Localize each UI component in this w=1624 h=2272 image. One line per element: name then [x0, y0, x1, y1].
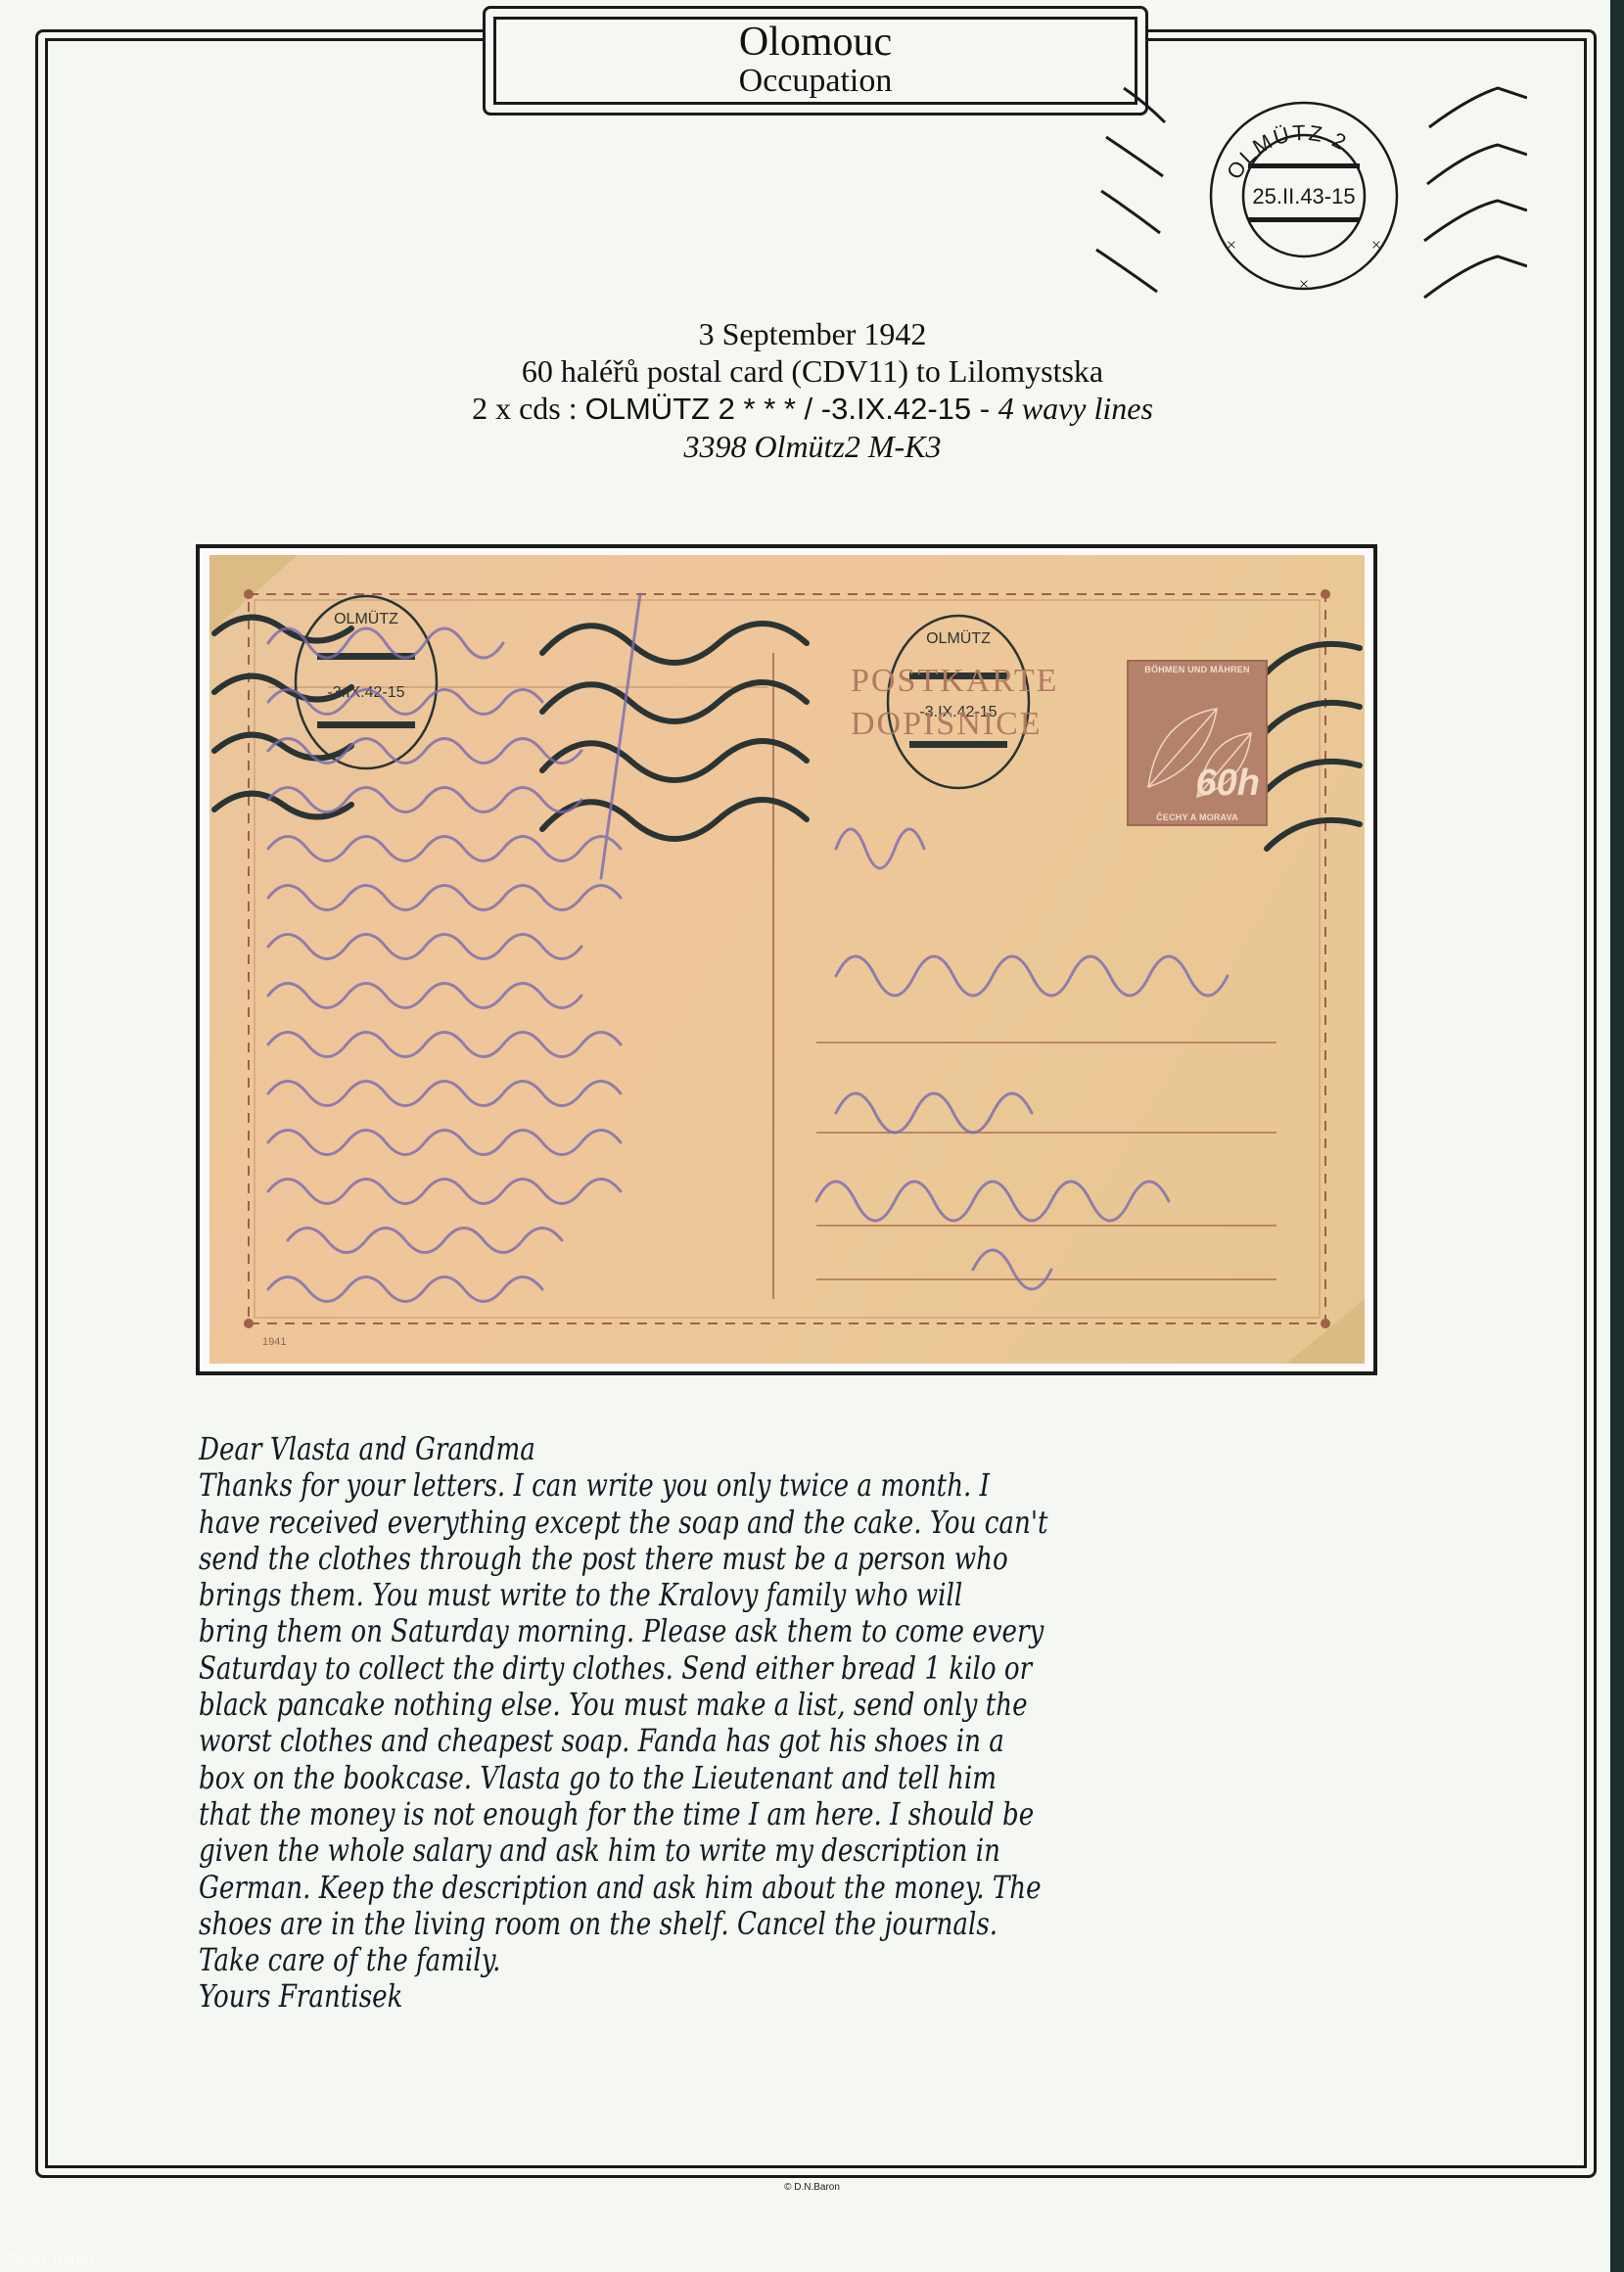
letter-line: that the money is not enough for the tim… [199, 1797, 1198, 1833]
letter-line: Yours Frantisek [199, 1979, 1198, 2016]
letter-line: worst clothes and cheapest soap. Fanda h… [199, 1724, 1198, 1760]
svg-text:-3.IX.42-15: -3.IX.42-15 [327, 684, 404, 701]
page-subtitle: Occupation [739, 63, 893, 100]
letter-line: Saturday to collect the dirty clothes. S… [199, 1651, 1198, 1688]
letter-line: Take care of the family. [199, 1943, 1198, 1979]
item-caption: 3 September 1942 60 haléřů postal card (… [245, 315, 1380, 465]
svg-text:OLMÜTZ 2: OLMÜTZ 2 [1222, 120, 1352, 184]
postmark-date: 25.II.43-15 [1252, 184, 1355, 209]
letter-line: given the whole salary and ask him to wr… [199, 1833, 1198, 1870]
svg-text:OLMÜTZ: OLMÜTZ [926, 629, 991, 647]
stamp-imprint: BÖHMEN UND MÄHREN 60h ČECHY A MORAVA [1127, 660, 1268, 826]
letter-line: black pancake nothing else. You must mak… [199, 1688, 1198, 1724]
letter-line: have received everything except the soap… [199, 1506, 1198, 1542]
title-box: Olomouc Occupation [483, 6, 1148, 116]
card-type-label: POSTKARTE DOPISNICE [851, 660, 1058, 746]
letter-line: send the clothes through the post there … [199, 1542, 1198, 1578]
letter-line: box on the bookcase. Vlasta go to the Li… [199, 1761, 1198, 1797]
caption-reference: 3398 Olmütz2 M-K3 [245, 428, 1380, 465]
page-title: Olomouc [739, 22, 892, 63]
postmark-icon: OLMÜTZ 2 25.II.43-15 × × × [1087, 59, 1527, 313]
letter-line: Dear Vlasta and Grandma [199, 1432, 1198, 1468]
letter-line: shoes are in the living room on the shel… [199, 1907, 1198, 1943]
letter-line: Thanks for your letters. I can write you… [199, 1468, 1198, 1505]
svg-text:×: × [1227, 235, 1236, 255]
letter-line: German. Keep the description and ask him… [199, 1871, 1198, 1907]
svg-text:×: × [1299, 274, 1309, 294]
letter-transcription: Dear Vlasta and Grandma Thanks for your … [199, 1432, 1198, 2017]
title-box-inner: Olomouc Occupation [493, 17, 1137, 105]
letter-line: bring them on Saturday morning. Please a… [199, 1614, 1198, 1650]
letter-line: brings them. You must write to the Kralo… [199, 1578, 1198, 1614]
caption-date: 3 September 1942 [245, 315, 1380, 352]
caption-cds: 2 x cds : OLMÜTZ 2 * * * / -3.IX.42-15 -… [245, 390, 1380, 428]
svg-text:OLMÜTZ: OLMÜTZ [334, 610, 398, 627]
postcard-image: -3.IX.42-15 -3.IX.42-15 OLMÜTZ OLMÜTZ [209, 555, 1365, 1364]
scan-edge [1610, 0, 1624, 2272]
caption-card: 60 haléřů postal card (CDV11) to Lilomys… [245, 352, 1380, 390]
card-year: 1941 [262, 1336, 286, 1348]
watermark: Derek Baron [8, 2251, 93, 2267]
copyright-notice: © D.N.Baron [0, 2182, 1624, 2193]
svg-text:×: × [1371, 235, 1381, 255]
